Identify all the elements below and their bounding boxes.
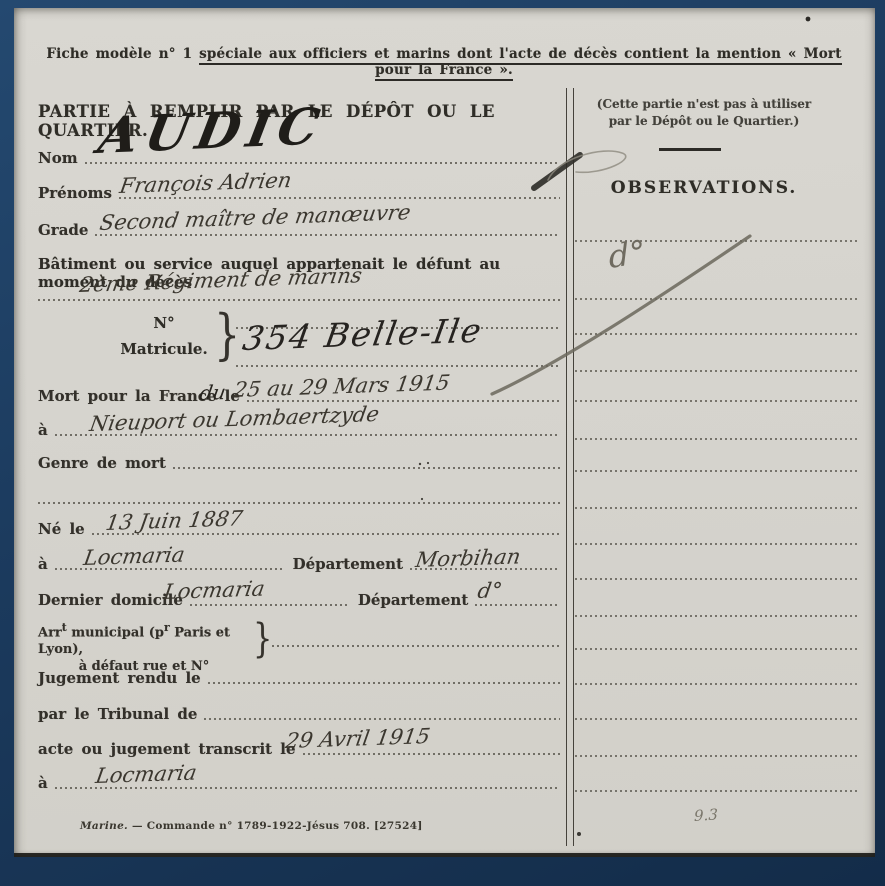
observations-line <box>575 755 858 757</box>
arr-label-part2: municipal (p <box>67 625 164 640</box>
form-header-underlined: spéciale aux officiers et marins dont l'… <box>199 46 842 81</box>
observations-line <box>575 333 858 335</box>
field-transcription-label: acte ou jugement transcrit le <box>38 740 303 758</box>
arrondissement-brace: } <box>253 618 272 660</box>
field-matricule-label: Matricule. <box>109 340 219 358</box>
observations-line <box>575 790 858 792</box>
handwriting-departement-domicile: d° <box>476 578 504 603</box>
field-tribunal: par le Tribunal de <box>38 703 560 723</box>
handwriting-lieu-transcription: Locmaria <box>94 761 199 788</box>
right-note-line2: par le Dépôt ou le Quartier.) <box>609 114 800 128</box>
field-prenoms: Prénoms <box>38 182 560 202</box>
field-prenoms-line <box>119 197 560 199</box>
observations-line <box>575 438 858 440</box>
field-lieu-naissance-label: à <box>38 555 55 573</box>
observations-line <box>575 578 858 580</box>
printer-imprint: Marine. — Commande n° 1789-1922-Jésus 70… <box>80 820 423 832</box>
field-prenoms-label: Prénoms <box>38 184 119 202</box>
blank-continuation-row <box>38 487 560 507</box>
field-jugement-label: Jugement rendu le <box>38 669 208 687</box>
record-card-paper: Fiche modèle n° 1 spéciale aux officiers… <box>14 8 875 857</box>
field-genre-label: Genre de mort <box>38 454 173 472</box>
field-departement-domicile-line <box>475 604 560 606</box>
observations-line <box>575 400 858 402</box>
field-arrondissement-line-row <box>272 630 560 650</box>
field-dernier-domicile-line <box>190 604 350 606</box>
field-transcription-line <box>303 753 560 755</box>
field-nom-label: Nom <box>38 149 85 167</box>
blank-continuation-line <box>38 502 560 504</box>
handwriting-dernier-domicile: Locmaria <box>162 577 267 604</box>
note-underline-rule <box>659 148 721 151</box>
field-grade-line <box>95 234 560 236</box>
observations-line <box>575 470 858 472</box>
field-batiment-line <box>38 299 560 301</box>
handwriting-departement-naissance: Morbihan <box>414 544 522 572</box>
field-matricule-label-no: N° <box>134 314 194 332</box>
field-jugement-line <box>208 682 560 684</box>
arr-label-part1: Arr <box>38 625 62 640</box>
imprint-marine: Marine. <box>80 820 128 832</box>
observations-line <box>575 683 858 685</box>
field-lieu-transcription-line <box>55 787 560 789</box>
handwriting-pencil-number: 9.3 <box>694 805 718 825</box>
observations-line <box>575 507 858 509</box>
field-departement-naissance-label: Département <box>285 555 410 573</box>
observations-line <box>575 370 858 372</box>
column-divider-rule <box>566 88 574 846</box>
right-section-note: (Cette partie n'est pas à utiliser par l… <box>586 96 822 130</box>
observations-title: OBSERVATIONS. <box>586 178 822 198</box>
handwriting-observation-ditto: d° <box>607 232 646 276</box>
observations-line <box>575 648 858 650</box>
field-tribunal-line <box>204 718 560 720</box>
field-lieu-transcription-label: à <box>38 774 55 792</box>
scanned-document-background: { "document": { "header": { "prefix": "F… <box>0 0 885 886</box>
field-arrondissement-line <box>272 645 560 647</box>
field-matricule-line2 <box>236 365 560 367</box>
observations-line <box>575 615 858 617</box>
field-mort-line <box>247 400 560 402</box>
field-genre-line <box>173 467 560 469</box>
field-grade-label: Grade <box>38 221 95 239</box>
field-genre-de-mort: Genre de mort <box>38 452 560 472</box>
right-note-line1: (Cette partie n'est pas à utiliser <box>597 97 811 111</box>
field-ne-le-line <box>92 533 560 535</box>
field-departement-domicile-label: Département <box>350 591 475 609</box>
form-header-prefix: Fiche modèle n° 1 <box>46 46 199 62</box>
ink-speck-bottom <box>577 832 581 836</box>
field-lieu-deces-label: à <box>38 421 55 439</box>
ink-dot-top-right <box>806 17 811 22</box>
observations-line <box>575 298 858 300</box>
observations-line <box>575 718 858 720</box>
handwriting-lieu-naissance: Locmaria <box>82 543 187 570</box>
handwriting-ne-le: 13 Juin 1887 <box>104 506 244 535</box>
imprint-rest: — Commande n° 1789-1922-Jésus 708. [2752… <box>128 820 423 832</box>
form-header: Fiche modèle n° 1 spéciale aux officiers… <box>32 46 856 78</box>
handwriting-mort-correction: du <box>198 380 228 405</box>
handwriting-nom: AUDIC <box>94 96 331 165</box>
field-ne-le-label: Né le <box>38 520 92 538</box>
paper-bottom-shadow-edge <box>14 853 875 857</box>
field-jugement: Jugement rendu le <box>38 667 560 687</box>
field-tribunal-label: par le Tribunal de <box>38 705 204 723</box>
observations-line <box>575 543 858 545</box>
